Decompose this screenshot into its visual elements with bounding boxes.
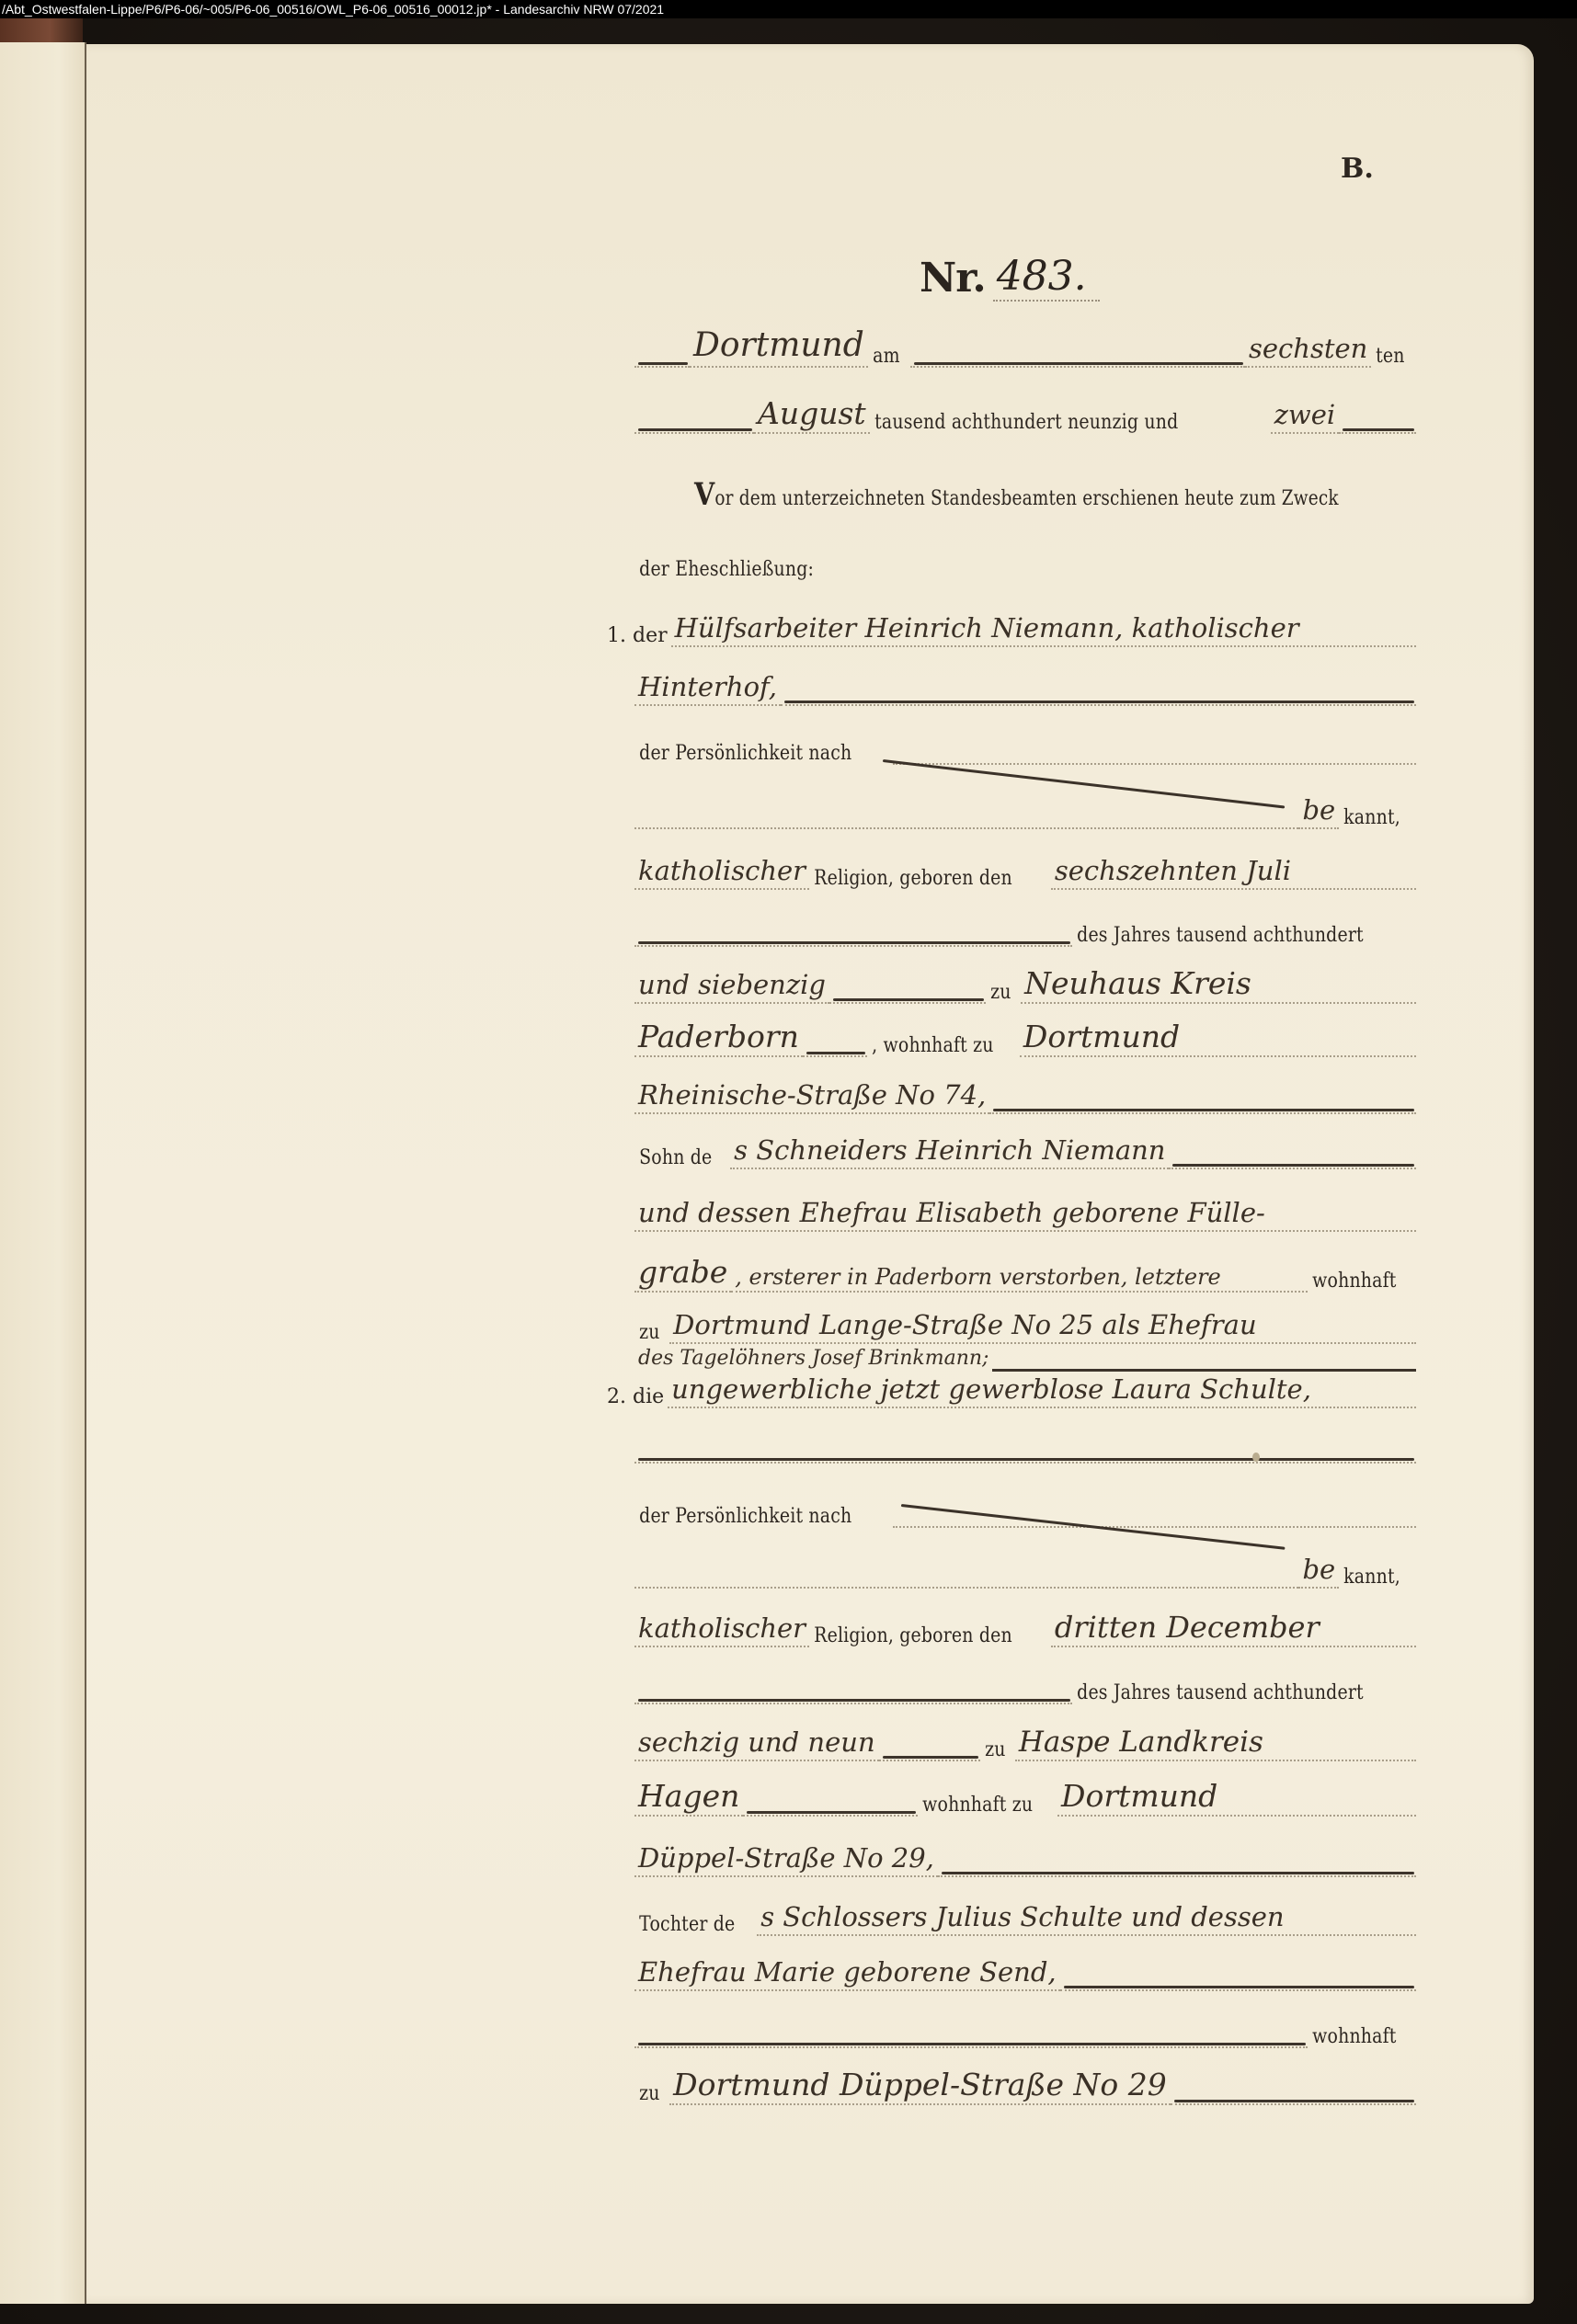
filler-line bbox=[803, 1028, 867, 1057]
place-value: Dortmund bbox=[690, 327, 868, 368]
filler-line bbox=[910, 338, 1245, 368]
residence-label: , wohnhaft zu bbox=[867, 1034, 999, 1057]
groom-father-row: Sohn de s Schneiders Heinrich Niemann bbox=[634, 1122, 1416, 1169]
bride-blank-row bbox=[634, 1416, 1416, 1464]
groom-mother-row-2: grabe , ersterer in Paderborn verstorben… bbox=[634, 1245, 1416, 1293]
mother-value: und dessen Ehefrau Elisabeth geborene Fü… bbox=[634, 1199, 1416, 1232]
intro-line-1: Vor dem unterzeichneten Standesbeamten e… bbox=[690, 465, 1425, 513]
dotted-line bbox=[893, 735, 1416, 765]
filler-line bbox=[1339, 404, 1416, 434]
birth-place: Neuhaus Kreis bbox=[1021, 967, 1416, 1004]
groom-personality-row: der Persönlichkeit nach bbox=[634, 717, 1416, 765]
known-label: kannt, bbox=[1339, 1566, 1405, 1589]
mother-note: , ersterer in Paderborn verstorben, letz… bbox=[731, 1265, 1307, 1293]
mother-value: Ehefrau Marie geborene Send, bbox=[634, 1958, 1060, 1991]
dotted-line bbox=[634, 1559, 1298, 1589]
ten-label: ten bbox=[1371, 345, 1410, 368]
bride-mother-row: Ehefrau Marie geborene Send, bbox=[634, 1943, 1416, 1991]
am-label: am bbox=[868, 345, 905, 368]
filler-line bbox=[634, 1675, 1072, 1704]
mother-surname-cont: grabe bbox=[634, 1256, 731, 1293]
page-letter: B. bbox=[1341, 153, 1374, 185]
filler-line bbox=[989, 1085, 1416, 1114]
place-date-row: Dortmund am sechsten ten bbox=[634, 320, 1416, 368]
groom-street-row: Rheinische-Straße No 74, bbox=[634, 1066, 1416, 1114]
residence-value: Dortmund bbox=[1020, 1020, 1416, 1057]
filler-line bbox=[879, 1732, 980, 1761]
birth-place-cont: Hagen bbox=[634, 1780, 743, 1817]
year-label: des Jahres tausend achthundert bbox=[1072, 924, 1368, 947]
birth-year-words: und siebenzig bbox=[634, 971, 829, 1004]
filler-line bbox=[1171, 2076, 1416, 2105]
groom-index: 1. der bbox=[607, 624, 671, 647]
birth-year-words: sechzig und neun bbox=[634, 1728, 879, 1761]
dotted-line bbox=[634, 800, 1298, 829]
daughter-label: Tochter de bbox=[634, 1913, 740, 1936]
intro-text: Vor dem unterzeichneten Standesbeamten e… bbox=[690, 476, 1343, 513]
filler-line bbox=[829, 974, 986, 1004]
filler-line bbox=[634, 2019, 1308, 2048]
street-value: Düppel-Straße No 29, bbox=[634, 1844, 938, 1877]
bride-year-row: des Jahres tausend achthundert bbox=[634, 1657, 1416, 1704]
bride-known-row: be kannt, bbox=[634, 1541, 1416, 1589]
birth-day-month: sechszehnten Juli bbox=[1051, 857, 1416, 890]
birth-place-cont: Paderborn bbox=[634, 1020, 803, 1057]
filler-line bbox=[1169, 1140, 1416, 1169]
bride-birthyear-row: sechzig und neun zu Haspe Landkreis bbox=[634, 1714, 1416, 1761]
filler-line bbox=[634, 338, 690, 368]
personality-label: der Persönlichkeit nach bbox=[634, 742, 857, 765]
groom-religion-row: katholischer Religion, geboren den sechs… bbox=[634, 842, 1416, 890]
filler-line bbox=[634, 917, 1072, 947]
wohnhaft-label: wohnhaft bbox=[1308, 2025, 1401, 2048]
religion-label: Religion, geboren den bbox=[809, 1624, 1017, 1647]
window-title: /Abt_Ostwestfalen-Lippe/P6/P6-06/~005/P6… bbox=[0, 0, 1577, 18]
known-value: be bbox=[1298, 1555, 1339, 1589]
groom-occupation-row-2: Hinterhof, bbox=[634, 658, 1416, 706]
zu-label: zu bbox=[986, 981, 1016, 1004]
street-value: Rheinische-Straße No 74, bbox=[634, 1081, 989, 1114]
year-unit-value: zwei bbox=[1271, 401, 1340, 434]
bride-index: 2. die bbox=[607, 1385, 668, 1408]
day-value: sechsten bbox=[1245, 335, 1371, 368]
residence-label: wohnhaft zu bbox=[918, 1794, 1037, 1817]
year-text: tausend achthundert neunzig und bbox=[870, 411, 1183, 434]
record-number: Nr. 483. bbox=[920, 246, 1251, 302]
bride-description-row: 2. die ungewerbliche jetzt gewerblose La… bbox=[607, 1361, 1416, 1408]
filler-line bbox=[938, 1848, 1416, 1877]
filler-line bbox=[1060, 1962, 1416, 1991]
groom-year-row: des Jahres tausend achthundert bbox=[634, 899, 1416, 947]
father-value: s Schlossers Julius Schulte und dessen bbox=[757, 1903, 1416, 1936]
groom-occupation-name: Hülfsarbeiter Heinrich Niemann, katholis… bbox=[671, 614, 1416, 647]
birth-day-month: dritten December bbox=[1051, 1612, 1416, 1647]
bride-wohnhaft-row: wohnhaft bbox=[634, 2000, 1416, 2048]
zu-label: zu bbox=[980, 1738, 1011, 1761]
filler-line bbox=[634, 404, 754, 434]
intro-text-2: der Eheschließung: bbox=[634, 558, 818, 581]
record-number-value: 483. bbox=[993, 253, 1100, 302]
zu-label-2: zu bbox=[634, 2082, 665, 2105]
personality-label: der Persönlichkeit nach bbox=[634, 1505, 857, 1528]
year-label: des Jahres tausend achthundert bbox=[1072, 1681, 1368, 1704]
record-number-label: Nr. bbox=[920, 255, 986, 302]
filler-line bbox=[781, 677, 1416, 706]
groom-occupation-cont: Hinterhof, bbox=[634, 673, 781, 706]
father-value: s Schneiders Heinrich Niemann bbox=[730, 1136, 1169, 1169]
bride-parents-residence-row: zu Dortmund Düppel-Straße No 29 bbox=[634, 2057, 1416, 2105]
bride-father-row: Tochter de s Schlossers Julius Schulte u… bbox=[634, 1888, 1416, 1936]
filler-line bbox=[743, 1787, 918, 1817]
religion-value: katholischer bbox=[634, 857, 809, 890]
left-page-edge bbox=[0, 42, 86, 2304]
intro-line-2: der Eheschließung: bbox=[634, 533, 1416, 581]
religion-value: katholischer bbox=[634, 1614, 809, 1647]
groom-known-row: be kannt, bbox=[634, 781, 1416, 829]
bride-religion-row: katholischer Religion, geboren den dritt… bbox=[634, 1600, 1416, 1647]
month-value: August bbox=[754, 397, 870, 434]
groom-mother-row: und dessen Ehefrau Elisabeth geborene Fü… bbox=[634, 1184, 1416, 1232]
son-label: Sohn de bbox=[634, 1146, 717, 1169]
bride-residence-row: Hagen wohnhaft zu Dortmund bbox=[634, 1769, 1416, 1817]
known-value: be bbox=[1298, 796, 1339, 829]
known-label: kannt, bbox=[1339, 806, 1405, 829]
groom-occupation-row: 1. der Hülfsarbeiter Heinrich Niemann, k… bbox=[607, 599, 1416, 647]
ink-spot bbox=[1252, 1452, 1260, 1462]
parents-residence: Dortmund Düppel-Straße No 29 bbox=[669, 2068, 1171, 2105]
bride-street-row: Düppel-Straße No 29, bbox=[634, 1829, 1416, 1877]
birth-place: Haspe Landkreis bbox=[1015, 1726, 1416, 1761]
groom-residence-row: Paderborn , wohnhaft zu Dortmund bbox=[634, 1009, 1416, 1057]
filler-line bbox=[634, 1434, 1416, 1464]
religion-label: Religion, geboren den bbox=[809, 867, 1017, 890]
groom-birthyear-row: und siebenzig zu Neuhaus Kreis bbox=[634, 956, 1416, 1004]
wohnhaft-label: wohnhaft bbox=[1308, 1270, 1401, 1293]
bride-description: ungewerbliche jetzt gewerblose Laura Sch… bbox=[668, 1375, 1416, 1408]
residence-value: Dortmund bbox=[1057, 1780, 1416, 1817]
month-year-row: August tausend achthundert neunzig und z… bbox=[634, 386, 1416, 434]
